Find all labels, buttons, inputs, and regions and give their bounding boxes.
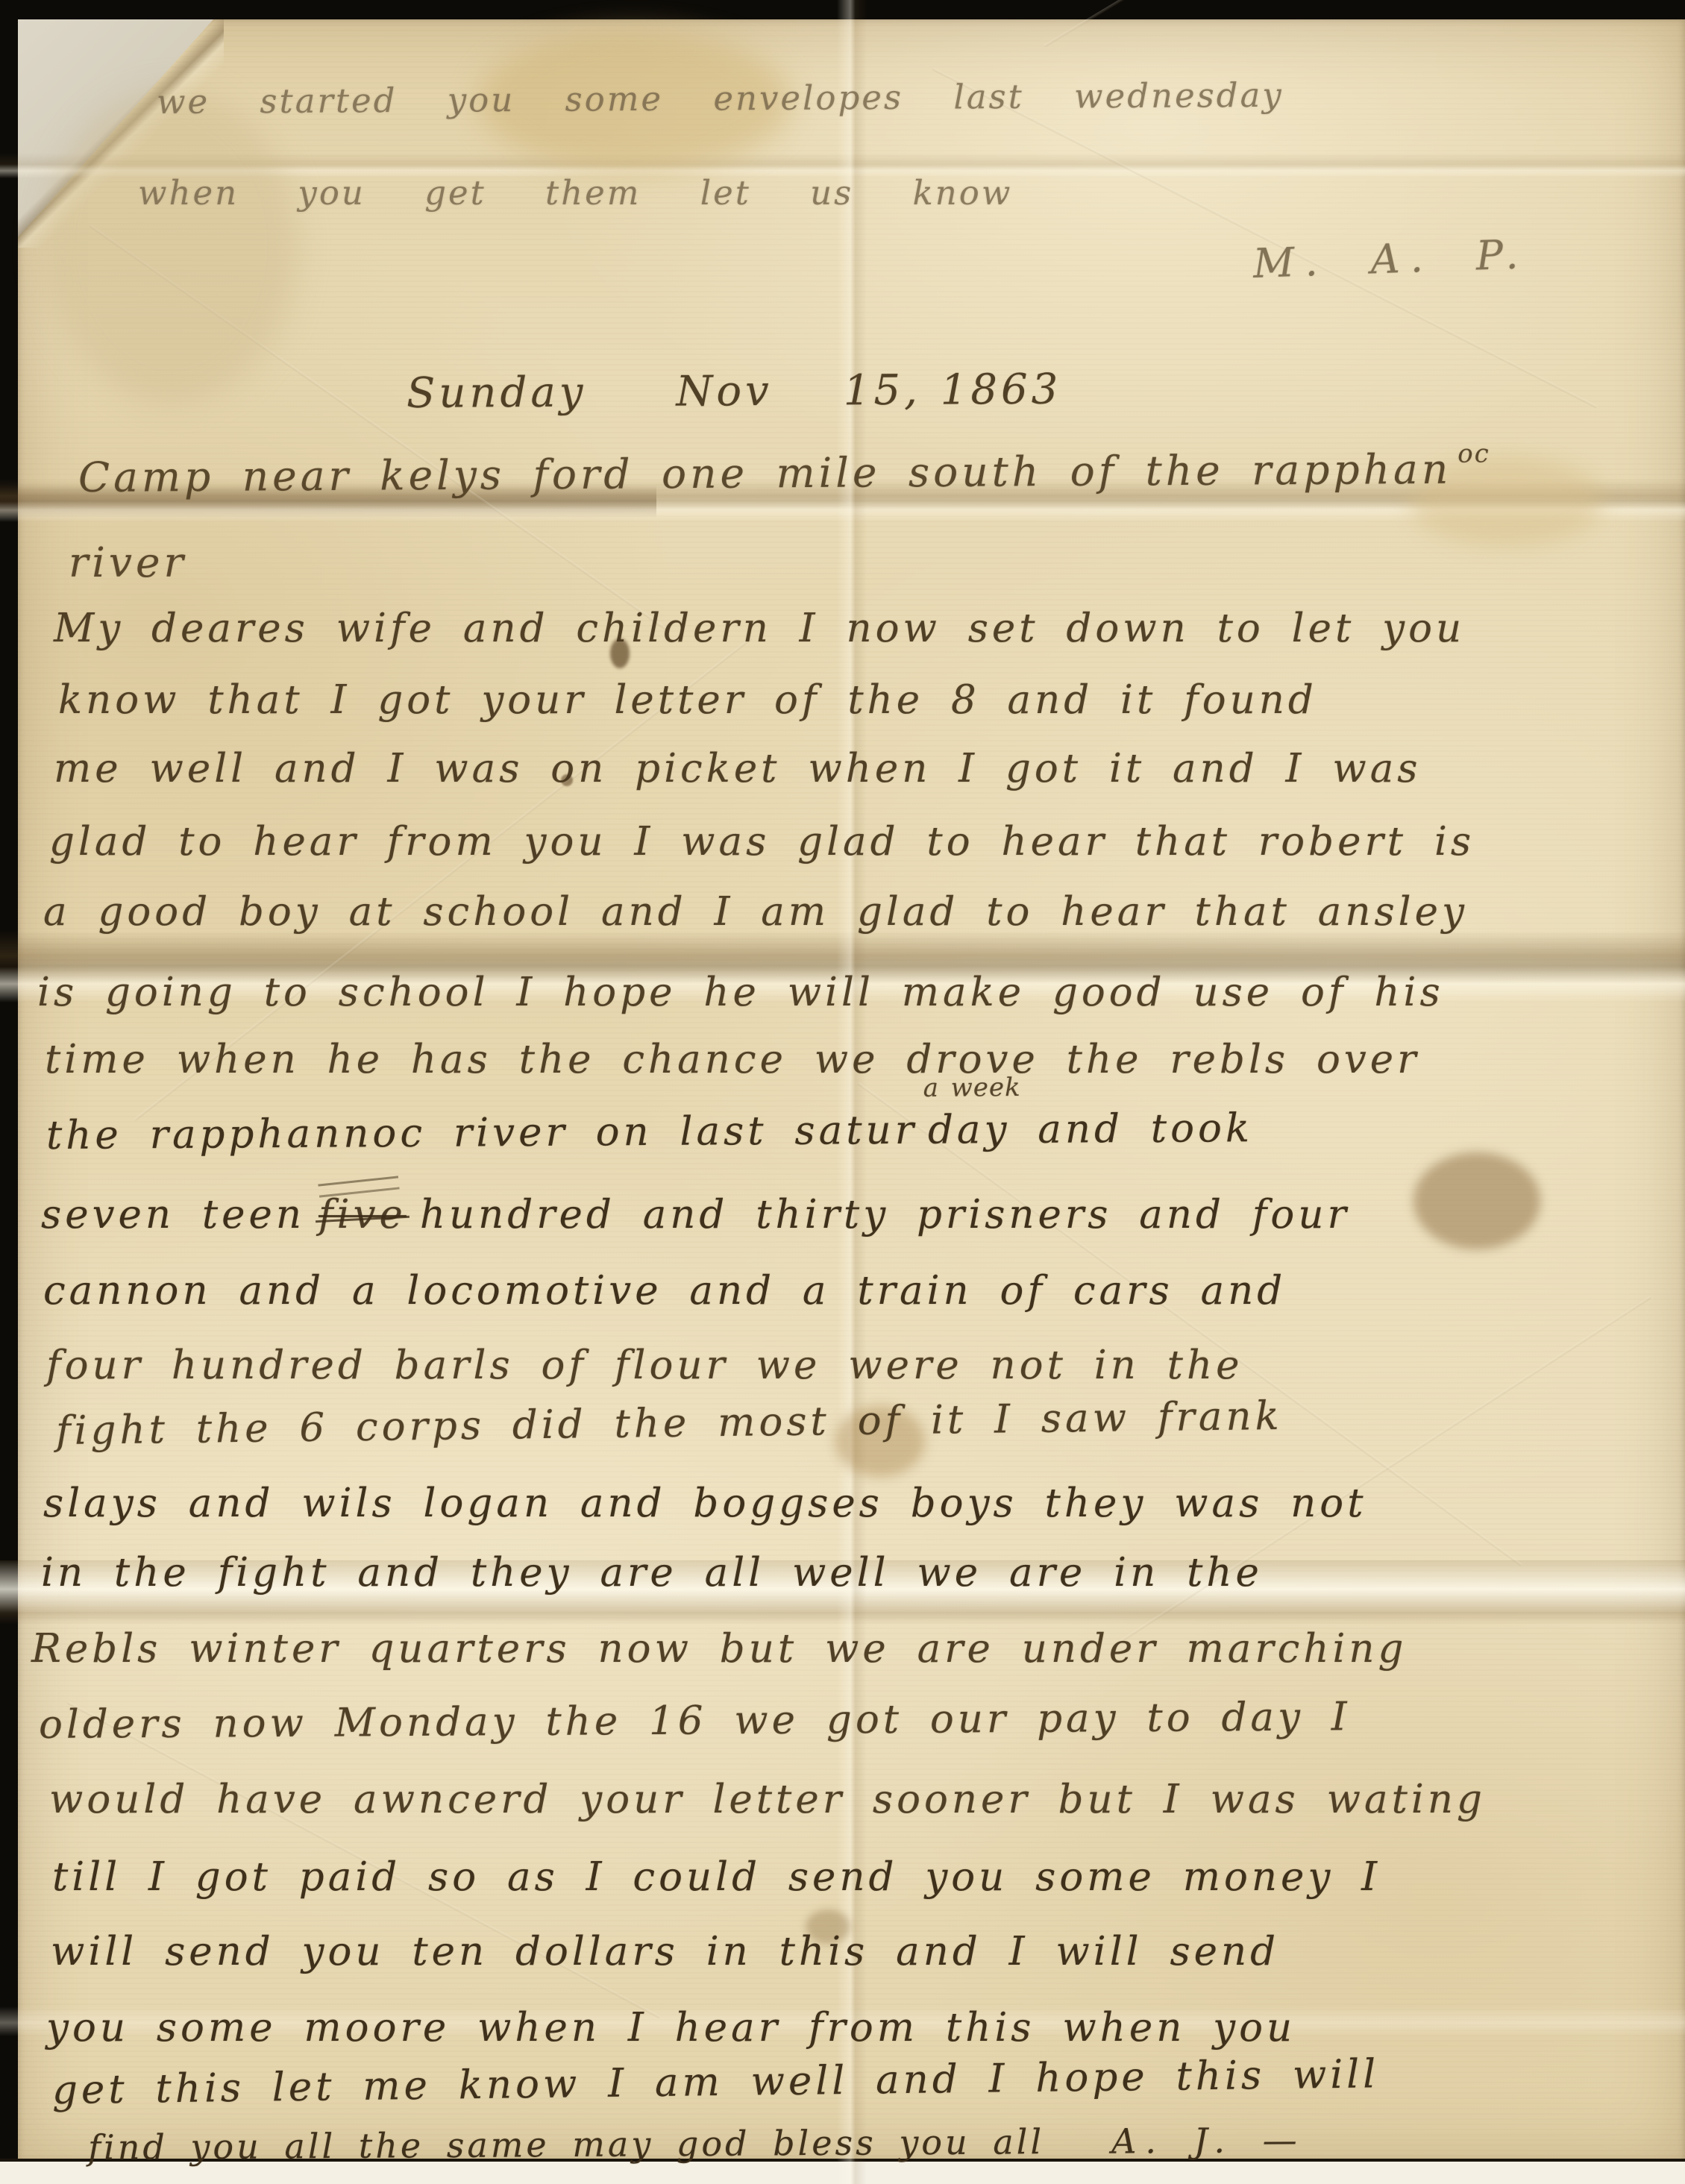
letter-line: till I got paid so as I could send you s… [52, 1854, 1381, 1900]
letter-line: Rebls winter quarters now but we are und… [31, 1626, 1407, 1672]
superscript-suffix: oc [1457, 439, 1490, 468]
dateline-day: Sunday [407, 368, 587, 418]
letter-line-with-insertion: the rapphannoc river on last satura week… [46, 1105, 1253, 1158]
dateline: SundayNov15,1863 [407, 365, 1062, 418]
letter-line: glad to hear from you I was glad to hear… [49, 819, 1475, 865]
letter-line: a good boy at school and I am glad to he… [43, 889, 1468, 935]
pencil-note-initials: M. A. P. [1252, 230, 1529, 287]
dateline-year: 1863 [941, 365, 1062, 415]
letter-line: slays and wils logan and boggses boys th… [43, 1481, 1367, 1526]
letter-line: is going to school I hope he will make g… [37, 970, 1444, 1015]
letter-line: olders now Monday the 16 we got our pay … [39, 1694, 1351, 1748]
letter-line: will send you ten dollars in this and I … [51, 1929, 1279, 1974]
pencil-note-line-2: when you get them let us know [138, 173, 1012, 213]
letter-paper [18, 19, 1685, 2162]
line-text: find you all the same may god bless you … [88, 2121, 1044, 2168]
dateline-month: Nov [676, 367, 773, 416]
interline-insertion: a week [923, 1073, 1021, 1103]
heading-location-line: Camp near kelys ford one mile south of t… [78, 439, 1490, 501]
letter-line: time when he has the chance we drove the… [45, 1037, 1420, 1082]
dateline-date: 15, [844, 366, 921, 415]
line-text: the rapphannoc river on last satur [46, 1108, 917, 1158]
letter-closing-line: find you all the same may god bless you … [88, 2120, 1306, 2168]
pencil-note-line-1: we started you some envelopes last wedne… [157, 75, 1284, 122]
heading-location-line-2: river [69, 539, 187, 586]
letter-line: four hundred barls of flour we were not … [46, 1343, 1243, 1388]
letter-line-with-strikeout: seven teenfivehundred and thirty prisner… [41, 1192, 1350, 1237]
insertion-anchor: a weekday and took [928, 1105, 1253, 1153]
letter-line: in the fight and they are all well we ar… [41, 1550, 1263, 1595]
letter-line: would have awncerd your letter sooner bu… [49, 1777, 1486, 1822]
line-text: hundred and thirty prisners and four [420, 1192, 1350, 1237]
letter-line: know that I got your letter of the 8 and… [58, 677, 1317, 723]
closing-initials: A. J. — [1111, 2120, 1306, 2162]
letter-line: cannon and a locomotive and a train of c… [43, 1268, 1286, 1314]
heading-location-text: Camp near kelys ford one mile south of t… [78, 445, 1452, 501]
struck-word: five [319, 1192, 407, 1237]
letter-line: My deares wife and childern I now set do… [54, 606, 1465, 651]
line-text: seven teen [41, 1192, 305, 1237]
scanned-letter-page: we started you some envelopes last wedne… [0, 0, 1685, 2184]
line-text: day and took [928, 1105, 1253, 1153]
letter-line: me well and I was on picket when I got i… [54, 746, 1422, 791]
letter-line: you some moore when I hear from this whe… [46, 2005, 1296, 2050]
